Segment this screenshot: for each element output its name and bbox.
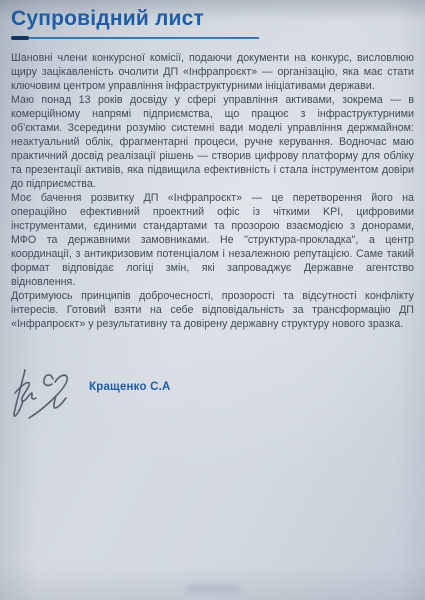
title-underline-accent-dash <box>11 36 29 40</box>
paragraph-greeting: Шановні члени конкурсної комісії, подаюч… <box>11 51 414 93</box>
letter-body: Шановні члени конкурсної комісії, подаюч… <box>11 51 414 331</box>
signature-name: Кращенко С.А <box>89 381 171 393</box>
paragraph-experience: Маю понад 13 років досвіду у сфері управ… <box>11 93 414 191</box>
document-title: Супровідний лист <box>11 7 414 31</box>
paragraph-vision: Моє бачення розвитку ДП «Інфрапроєкт» — … <box>11 191 414 289</box>
handwritten-signature <box>9 365 79 427</box>
title-underline-thin-line <box>11 37 259 39</box>
signature-block: Кращенко С.А <box>11 365 414 429</box>
bottom-blur-mark <box>186 584 240 593</box>
paragraph-integrity: Дотримуюсь принципів доброчесності, проз… <box>11 289 414 331</box>
letter-content: Супровідний лист Шановні члени конкурсно… <box>0 0 425 429</box>
letter-page: Супровідний лист Шановні члени конкурсно… <box>0 0 425 600</box>
title-underline <box>11 36 259 40</box>
